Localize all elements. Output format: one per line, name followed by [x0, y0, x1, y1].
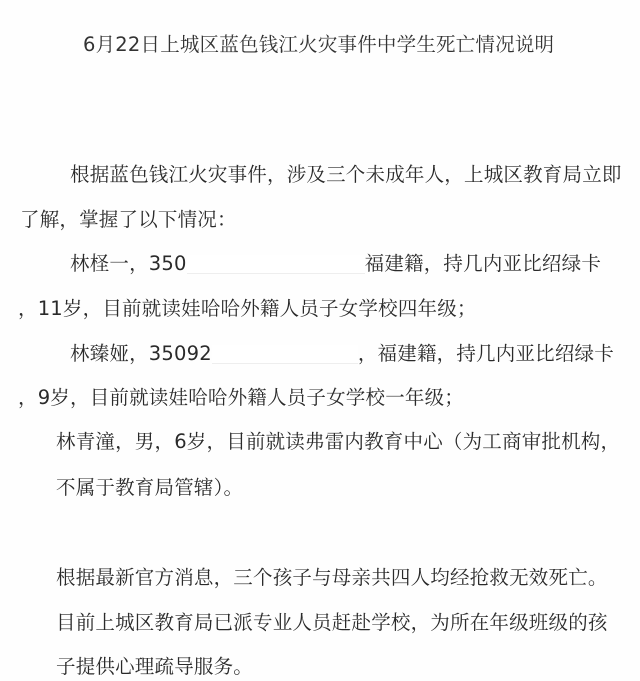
student-2-line-1: 林臻娅，35092，福建籍，持几内亚比绍绿卡: [70, 342, 614, 366]
student-2-id-prefix: 林臻娅，35092: [70, 342, 212, 366]
paragraph-1-line-2: 了解，掌握了以下情况：: [20, 208, 237, 232]
student-3-line-1: 林青潼，男，6岁，目前就读弗雷内教育中心（为工商审批机构，: [56, 430, 620, 454]
student-1-id-prefix: 林柽一，350: [70, 252, 187, 276]
paragraph-1-line-1: 根据蓝色钱江火灾事件，涉及三个未成年人，上城区教育局立即: [70, 163, 622, 187]
student-1-line-1: 林柽一，350福建籍，持几内亚比绍绿卡: [70, 252, 601, 276]
student-1-line-2: ，11岁，目前就读娃哈哈外籍人员子女学校四年级；: [18, 297, 477, 321]
student-2-line-2: ，9岁，目前就读娃哈哈外籍人员子女学校一年级；: [18, 386, 464, 410]
paragraph-2-line-1: 根据最新官方消息，三个孩子与母亲共四人均经抢救无效死亡。: [56, 566, 608, 590]
student-1-info: 福建籍，持几内亚比绍绿卡: [365, 252, 601, 276]
document-title: 6月22日上城区蓝色钱江火灾事件中学生死亡情况说明: [83, 33, 554, 57]
redacted-id-block: [212, 345, 358, 364]
redacted-id-block: [187, 255, 365, 274]
document-page: 6月22日上城区蓝色钱江火灾事件中学生死亡情况说明 根据蓝色钱江火灾事件，涉及三…: [0, 0, 640, 681]
student-2-info: ，福建籍，持几内亚比绍绿卡: [358, 342, 614, 366]
paragraph-2-line-3: 子提供心理疏导服务。: [56, 655, 253, 679]
paragraph-2-line-2: 目前上城区教育局已派专业人员赶赴学校，为所在年级班级的孩: [56, 611, 608, 635]
student-3-line-2: 不属于教育局管辖）。: [56, 476, 243, 500]
